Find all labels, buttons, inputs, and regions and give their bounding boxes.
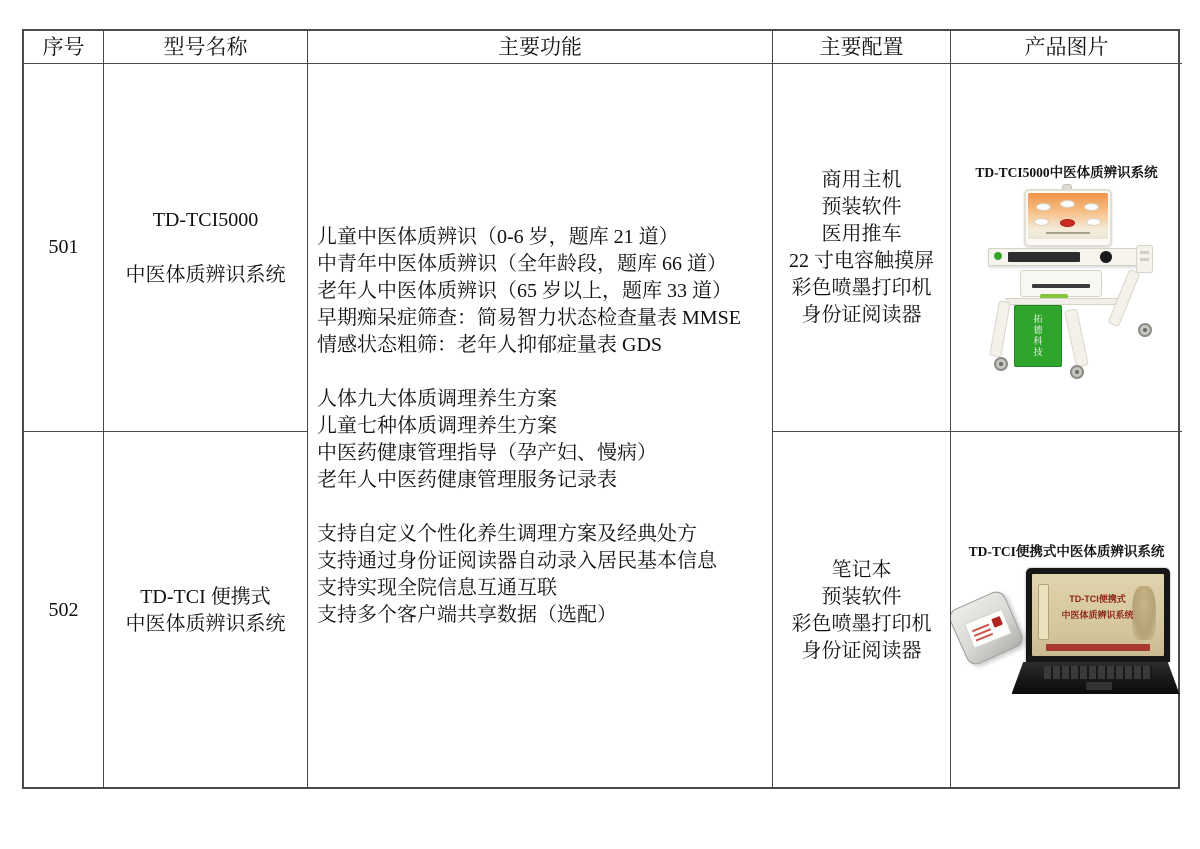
laptop-product-photo: TD-TCI便携式 中医体质辨识系统 <box>954 568 1180 704</box>
cart-shelf <box>1006 298 1128 305</box>
cart-leg <box>1064 308 1089 367</box>
row-501-config-cell: 商用主机 预装软件 医用推车 22 寸电容触摸屏 彩色喷墨打印机 身份证阅读器 <box>773 64 951 432</box>
model-name-line2: 中医体质辨识系统 <box>126 262 286 289</box>
card-text-lines <box>971 624 988 633</box>
header-cell-image: 产品图片 <box>951 31 1182 64</box>
header-cell-model: 型号名称 <box>104 31 308 64</box>
row-501-serial-cell: 501 <box>24 64 104 432</box>
row-501-model-cell: TD-TCI5000 中医体质辨识系统 <box>104 64 308 432</box>
functions-cell: 儿童中医体质辨识（0-6 岁，题库 21 道） 中青年中医体质辨识（全年龄段，题… <box>308 64 773 789</box>
config-item: 彩色喷墨打印机 <box>792 611 932 638</box>
serial-number: 501 <box>49 234 79 261</box>
config-item: 商用主机 <box>822 167 902 194</box>
header-config-label: 主要配置 <box>820 34 904 61</box>
config-item: 身份证阅读器 <box>802 302 922 329</box>
printer-slot <box>1032 284 1090 288</box>
screen-button-red-icon <box>1060 219 1075 227</box>
power-button-icon <box>994 252 1002 260</box>
function-item: 儿童中医体质辨识（0-6 岁，题库 21 道） <box>317 224 679 251</box>
function-item: 儿童七种体质调理养生方案 <box>317 413 557 440</box>
caster-wheel-icon <box>1070 365 1084 379</box>
caster-wheel-icon <box>994 357 1008 371</box>
laptop-screen-title2: 中医体质辨识系统 <box>1032 610 1164 621</box>
row-502-image-cell: TD-TCI便携式中医体质辨识系统 TD-TCI便携式 中医体质辨识系统 <box>951 432 1182 789</box>
cabinet-brand-label: 拓德科技 <box>1033 314 1043 358</box>
product-spec-table: 序号 型号名称 主要功能 主要配置 产品图片 501 TD-TCI5000 中医… <box>22 29 1180 789</box>
config-item: 彩色喷墨打印机 <box>792 275 932 302</box>
side-handle <box>1136 245 1153 273</box>
laptop-touchpad <box>1086 682 1112 690</box>
screen-button-icon <box>1034 218 1049 226</box>
config-item: 22 寸电容触摸屏 <box>789 248 934 275</box>
caster-wheel-icon <box>1138 323 1152 337</box>
screen-button-icon <box>1086 218 1101 226</box>
function-item: 支持实现全院信息互通互联 <box>317 575 557 602</box>
config-item: 身份证阅读器 <box>802 638 922 665</box>
screen-button-icon <box>1060 200 1075 208</box>
config-item: 医用推车 <box>822 221 902 248</box>
card-seal-icon <box>991 616 1003 628</box>
function-item: 人体九大体质调理养生方案 <box>317 386 557 413</box>
product-image-caption: TD-TCI5000中医体质辨识系统 <box>975 165 1157 181</box>
screen-button-icon <box>1084 203 1099 211</box>
product-image-caption: TD-TCI便携式中医体质辨识系统 <box>969 544 1165 560</box>
mouse <box>1100 251 1112 263</box>
row-501-image-cell: TD-TCI5000中医体质辨识系统 拓德科技 <box>951 64 1182 432</box>
config-item: 预装软件 <box>822 584 902 611</box>
config-item: 笔记本 <box>832 557 892 584</box>
laptop-keyboard <box>1044 666 1152 679</box>
function-item: 老年人中医药健康管理服务记录表 <box>317 467 617 494</box>
screen-company-band <box>1046 644 1150 651</box>
header-cell-functions: 主要功能 <box>308 31 773 64</box>
model-name-line2: 中医体质辨识系统 <box>126 611 286 638</box>
function-item: 支持通过身份证阅读器自动录入居民基本信息 <box>317 548 717 575</box>
header-cell-serial: 序号 <box>24 31 104 64</box>
function-item: 早期痴呆症筛查：简易智力状态检查量表 MMSE <box>317 305 741 332</box>
model-name-line1: TD-TCI5000 <box>153 207 259 234</box>
function-item: 支持自定义个性化养生调理方案及经典处方 <box>317 521 697 548</box>
function-item: 老年人中医体质辨识（65 岁以上，题库 33 道） <box>317 278 732 305</box>
row-502-serial-cell: 502 <box>24 432 104 789</box>
cart-leg <box>989 300 1011 357</box>
function-item: 中青年中医体质辨识（全年龄段，题库 66 道） <box>317 251 727 278</box>
header-model-label: 型号名称 <box>164 34 248 61</box>
header-image-label: 产品图片 <box>1025 34 1109 61</box>
header-serial-label: 序号 <box>43 34 85 61</box>
header-cell-config: 主要配置 <box>773 31 951 64</box>
cart-product-photo: 拓德科技 <box>978 187 1156 385</box>
model-name-line1: TD-TCI 便携式 <box>140 584 271 611</box>
header-functions-label: 主要功能 <box>498 34 582 61</box>
function-item: 中医药健康管理指导（孕产妇、慢病） <box>317 440 657 467</box>
serial-number: 502 <box>49 597 79 624</box>
cart-cabinet: 拓德科技 <box>1014 305 1062 367</box>
row-502-config-cell: 笔记本 预装软件 彩色喷墨打印机 身份证阅读器 <box>773 432 951 789</box>
id-card-reader <box>951 588 1025 667</box>
screen-title-bar <box>1046 232 1090 234</box>
screen-button-icon <box>1036 203 1051 211</box>
id-card <box>963 609 1011 649</box>
laptop-screen-title1: TD-TCI便携式 <box>1032 594 1164 605</box>
config-item: 预装软件 <box>822 194 902 221</box>
function-item: 情感状态粗筛：老年人抑郁症量表 GDS <box>317 332 662 359</box>
keyboard <box>1008 252 1080 262</box>
function-item: 支持多个客户端共享数据（选配） <box>317 602 617 629</box>
row-502-model-cell: TD-TCI 便携式 中医体质辨识系统 <box>104 432 308 789</box>
